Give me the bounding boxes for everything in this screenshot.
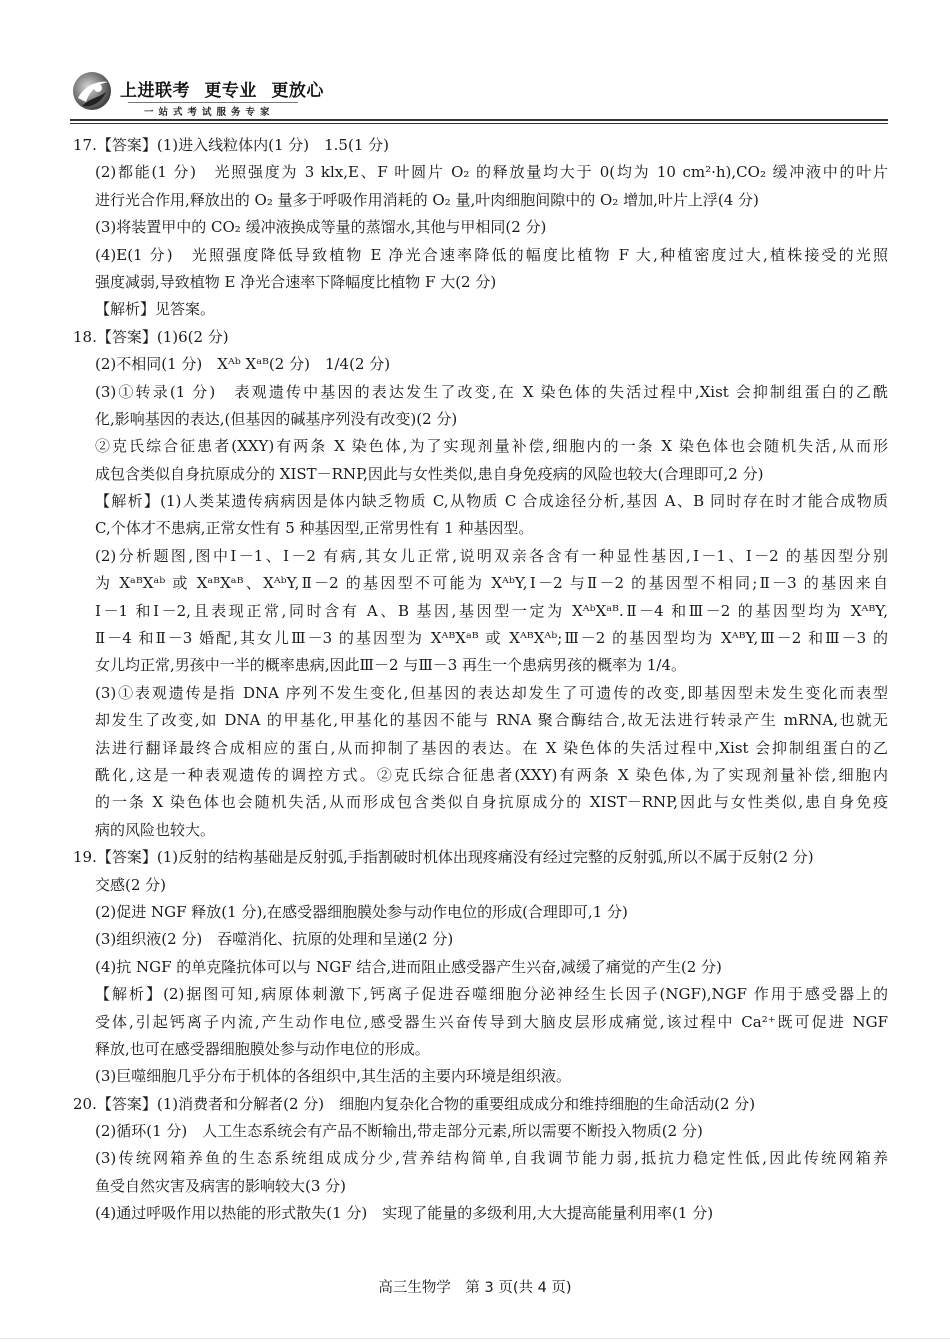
- brand-name: 上进联考 更专业 更放心: [120, 76, 332, 101]
- text-line: (3)传统网箱养鱼的生态系统组成成分少,营养结构简单,自我调节能力弱,抵抗力稳定…: [73, 1145, 888, 1172]
- text-line: 病的风险也较大。: [73, 817, 888, 844]
- answer-content: 17.【答案】(1)进入线粒体内(1 分) 1.5(1 分)(2)都能(1 分)…: [73, 132, 888, 1228]
- text-line: 为 XᵃᴮXᵃᵇ 或 XᵃᴮXᵃᴮ、XᴬᵇY,Ⅱ－2 的基因型不可能为 XᴬᵇY…: [73, 570, 888, 597]
- text-line: ②克氏综合征患者(XXY)有两条 X 染色体,为了实现剂量补偿,细胞内的一条 X…: [73, 433, 888, 460]
- text-line: (4)E(1 分) 光照强度降低导致植物 E 净光合速率降低的幅度比植物 F 大…: [73, 242, 888, 269]
- text-line: 【解析】(1)人类某遗传病病因是体内缺乏物质 C,从物质 C 合成途径分析,基因…: [73, 488, 888, 515]
- text-line: 化,影响基因的表达,(但基因的碱基序列没有改变)(2 分): [73, 406, 888, 433]
- brand-part: 更专业: [204, 81, 257, 101]
- brand-part: 上进联考: [120, 81, 190, 101]
- text-line: 【解析】见答案。: [73, 296, 888, 323]
- text-line: (2)都能(1 分) 光照强度为 3 klx,E、F 叶圆片 O₂ 的释放量均大…: [73, 159, 888, 186]
- text-line: 成包含类似自身抗原成分的 XIST－RNP,因此与女性类似,患自身免疫病的风险也…: [73, 461, 888, 488]
- page-footer: 高三生物学 第 3 页(共 4 页): [0, 1276, 950, 1297]
- text-line: (3)①转录(1 分) 表观遗传中基因的表达发生了改变,在 X 染色体的失活过程…: [73, 379, 888, 406]
- text-line: (3)巨噬细胞几乎分布于机体的各组织中,其生活的主要内环境是组织液。: [73, 1063, 888, 1090]
- text-line: (3)将装置甲中的 CO₂ 缓冲液换成等量的蒸馏水,其他与甲相同(2 分): [73, 214, 888, 241]
- text-line: 【解析】(2)据图可知,病原体刺激下,钙离子促进吞噬细胞分泌神经生长因子(NGF…: [73, 981, 888, 1008]
- text-line: (2)循环(1 分) 人工生态系统会有产品不断输出,带走部分元素,所以需要不断投…: [73, 1118, 888, 1145]
- text-line: (3)组织液(2 分) 吞噬消化、抗原的处理和呈递(2 分): [73, 926, 888, 953]
- text-line: 酰化,这是一种表观遗传的调控方式。②克氏综合征患者(XXY)有两条 X 染色体,…: [73, 762, 888, 789]
- text-line: C,个体才不患病,正常女性有 5 种基因型,正常男性有 1 种基因型。: [73, 515, 888, 542]
- header-rule: [70, 123, 888, 124]
- text-line: 18.【答案】(1)6(2 分): [73, 324, 888, 351]
- text-line: 释放,也可在感受器细胞膜处参与动作电位的形成。: [73, 1036, 888, 1063]
- divider: [0, 1338, 950, 1339]
- text-line: 法进行翻译最终合成相应的蛋白,从而抑制了基因的表达。在 X 染色体的失活过程中,…: [73, 735, 888, 762]
- header-rule: [70, 119, 888, 121]
- text-line: 交感(2 分): [73, 872, 888, 899]
- text-line: 受体,引起钙离子内流,产生动作电位,感受器生兴奋传导到大脑皮层形成痛觉,该过程中…: [73, 1009, 888, 1036]
- brand-part: 更放心: [271, 81, 324, 101]
- text-line: 鱼受自然灾害及病害的影响较大(3 分): [73, 1173, 888, 1200]
- brand-slogan: 一站式考试服务专家: [144, 104, 275, 118]
- text-line: (2)不相同(1 分) Xᴬᵇ Xᵃᴮ(2 分) 1/4(2 分): [73, 351, 888, 378]
- text-line: 的一条 X 染色体也会随机失活,从而形成包含类似自身抗原成分的 XIST－RNP…: [73, 789, 888, 816]
- text-line: Ⅱ－4 和Ⅱ－3 婚配,其女儿Ⅲ－3 的基因型为 XᴬᴮXᵃᴮ 或 XᴬᴮXᴬᵇ…: [73, 625, 888, 652]
- brand-logo-icon: [68, 68, 114, 114]
- text-line: (2)分析题图,图中Ⅰ－1、Ⅰ－2 有病,其女儿正常,说明双亲各含有一种显性基因…: [73, 543, 888, 570]
- text-line: 却发生了改变,如 DNA 的甲基化,甲基化的基因不能与 RNA 聚合酶结合,故无…: [73, 707, 888, 734]
- text-line: (2)促进 NGF 释放(1 分),在感受器细胞膜处参与动作电位的形成(合理即可…: [73, 899, 888, 926]
- text-line: 17.【答案】(1)进入线粒体内(1 分) 1.5(1 分): [73, 132, 888, 159]
- text-line: (4)抗 NGF 的单克隆抗体可以与 NGF 结合,进而阻止感受器产生兴奋,减缓…: [73, 954, 888, 981]
- divider: [128, 102, 298, 103]
- text-line: (4)通过呼吸作用以热能的形式散失(1 分) 实现了能量的多级利用,大大提高能量…: [73, 1200, 888, 1227]
- text-line: (3)①表观遗传是指 DNA 序列不发生变化,但基因的表达却发生了可遗传的改变,…: [73, 680, 888, 707]
- text-line: 强度减弱,导致植物 E 净光合速率下降幅度比植物 F 大(2 分): [73, 269, 888, 296]
- text-line: Ⅰ－1 和Ⅰ－2,且表现正常,同时含有 A、B 基因,基因型一定为 XᴬᵇXᵃᴮ…: [73, 598, 888, 625]
- text-line: 20.【答案】(1)消费者和分解者(2 分) 细胞内复杂化合物的重要组成成分和维…: [73, 1091, 888, 1118]
- page-header: 上进联考 更专业 更放心 一站式考试服务专家: [68, 66, 888, 122]
- text-line: 19.【答案】(1)反射的结构基础是反射弧,手指割破时机体出现疼痛没有经过完整的…: [73, 844, 888, 871]
- text-line: 女儿均正常,男孩中一半的概率患病,因此Ⅲ－2 与Ⅲ－3 再生一个患病男孩的概率为…: [73, 652, 888, 679]
- text-line: 进行光合作用,释放出的 O₂ 量多于呼吸作用消耗的 O₂ 量,叶肉细胞间隙中的 …: [73, 187, 888, 214]
